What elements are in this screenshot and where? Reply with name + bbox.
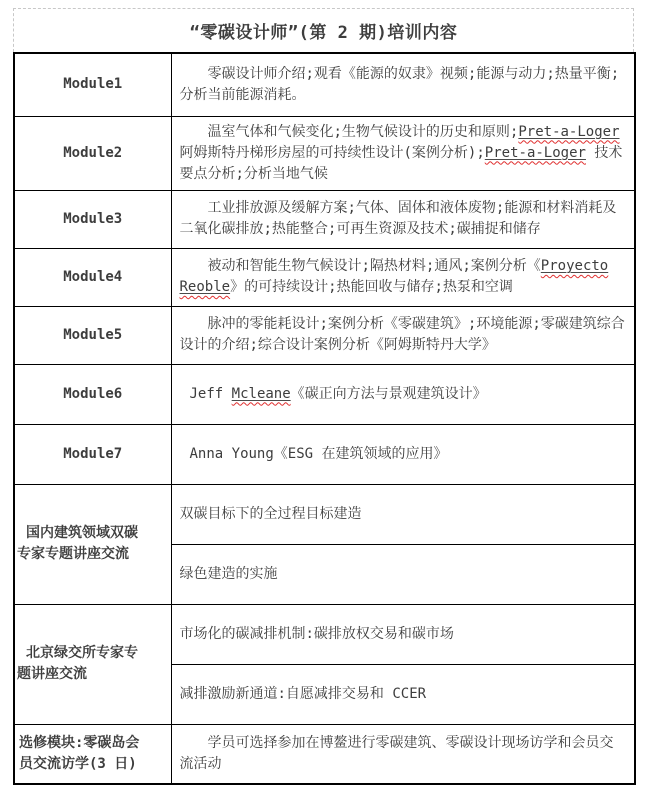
optional-module-label-cell: 选修模块:零碳岛会 员交流访学(3 日) — [14, 724, 171, 784]
module7-content-cell: Anna Young《ESG 在建筑领域的应用》 — [171, 424, 635, 484]
module6-content-cell: Jeff Mcleane《碳正向方法与景观建筑设计》 — [171, 364, 635, 424]
module4-content-cell: 被动和智能生物气候设计;隔热材料;通风;案例分析《Proyecto Reoble… — [171, 248, 635, 306]
table-row: Module1 零碳设计师介绍;观看《能源的奴隶》视频;能源与动力;热量平衡;分… — [14, 53, 635, 116]
module4-label-cell: Module4 — [14, 248, 171, 306]
module6-label-cell: Module6 — [14, 364, 171, 424]
table-row: Module2 温室气体和气候变化;生物气候设计的历史和原则;Pret-a-Lo… — [14, 116, 635, 190]
text-segment: 温室气体和气候变化;生物气候设计的历史和原则; — [208, 124, 519, 140]
lecture-topic-cell: 绿色建造的实施 — [171, 544, 635, 604]
table-row: Module3 工业排放源及缓解方案;气体、固体和液体废物;能源和材料消耗及二氧… — [14, 190, 635, 248]
lecture-topic-cell: 市场化的碳减排机制:碳排放权交易和碳市场 — [171, 604, 635, 664]
text-segment: 《碳正向方法与景观建筑设计》 — [291, 386, 487, 402]
text-segment: 减排激励新通道:自愿减排交易和 CCER — [180, 686, 427, 702]
training-content-table: Module1 零碳设计师介绍;观看《能源的奴隶》视频;能源与动力;热量平衡;分… — [13, 52, 636, 785]
table-row: 选修模块:零碳岛会 员交流访学(3 日) 学员可选择参加在博鳌进行零碳建筑、零碳… — [14, 724, 635, 784]
misspelled-word: Pret-a-Loger — [485, 145, 586, 161]
table-row: Module7 Anna Young《ESG 在建筑领域的应用》 — [14, 424, 635, 484]
table-row: Module6 Jeff Mcleane《碳正向方法与景观建筑设计》 — [14, 364, 635, 424]
text-segment: 》的可持续设计;热能回收与储存;热泵和空调 — [230, 279, 513, 295]
module2-label-cell: Module2 — [14, 116, 171, 190]
lecture-topic-cell: 减排激励新通道:自愿减排交易和 CCER — [171, 664, 635, 724]
text-segment: 学员可选择参加在博鳌进行零碳建筑、零碳设计现场访学和会员交流活动 — [180, 735, 614, 772]
table-row: Module5 脉冲的零能耗设计;案例分析《零碳建筑》;环境能源;零碳建筑综合设… — [14, 306, 635, 364]
text-segment: 双碳目标下的全过程目标建造 — [180, 506, 362, 522]
module1-content-cell: 零碳设计师介绍;观看《能源的奴隶》视频;能源与动力;热量平衡;分析当前能源消耗。 — [171, 53, 635, 116]
table-row: 国内建筑领域双碳 专家专题讲座交流 双碳目标下的全过程目标建造 — [14, 484, 635, 544]
optional-module-content-cell: 学员可选择参加在博鳌进行零碳建筑、零碳设计现场访学和会员交流活动 — [171, 724, 635, 784]
module7-label-cell: Module7 — [14, 424, 171, 484]
module5-content-cell: 脉冲的零能耗设计;案例分析《零碳建筑》;环境能源;零碳建筑综合设计的介绍;综合设… — [171, 306, 635, 364]
training-content-document: “零碳设计师”(第 2 期)培训内容 Module1 零碳设计师介绍;观看《能源… — [13, 8, 634, 785]
text-segment: Anna Young《ESG 在建筑领域的应用》 — [190, 446, 448, 462]
text-segment: Jeff — [190, 386, 232, 402]
table-row: Module4 被动和智能生物气候设计;隔热材料;通风;案例分析《Proyect… — [14, 248, 635, 306]
module1-label-cell: Module1 — [14, 53, 171, 116]
text-segment: 零碳设计师介绍;观看《能源的奴隶》视频;能源与动力;热量平衡;分析当前能源消耗。 — [180, 66, 620, 103]
text-segment: 绿色建造的实施 — [180, 566, 278, 582]
text-segment: 脉冲的零能耗设计;案例分析《零碳建筑》;环境能源;零碳建筑综合设计的介绍;综合设… — [180, 316, 625, 353]
module3-content-cell: 工业排放源及缓解方案;气体、固体和液体废物;能源和材料消耗及二氧化碳排放;热能整… — [171, 190, 635, 248]
text-segment: 阿姆斯特丹梯形房屋的可持续性设计(案例分析); — [180, 145, 485, 161]
module3-label-cell: Module3 — [14, 190, 171, 248]
text-segment: 工业排放源及缓解方案;气体、固体和液体废物;能源和材料消耗及二氧化碳排放;热能整… — [180, 200, 617, 237]
table-title: “零碳设计师”(第 2 期)培训内容 — [13, 8, 634, 52]
text-segment: 市场化的碳减排机制:碳排放权交易和碳市场 — [180, 626, 454, 642]
module2-content-cell: 温室气体和气候变化;生物气候设计的历史和原则;Pret-a-Loger 阿姆斯特… — [171, 116, 635, 190]
table-title-text: “零碳设计师”(第 2 期)培训内容 — [190, 18, 458, 43]
table-row: 北京绿交所专家专 题讲座交流 市场化的碳减排机制:碳排放权交易和碳市场 — [14, 604, 635, 664]
misspelled-word: Mcleane — [232, 386, 291, 402]
text-segment: 被动和智能生物气候设计;隔热材料;通风;案例分析《 — [208, 258, 541, 274]
domestic-lecture-group-label-cell: 国内建筑领域双碳 专家专题讲座交流 — [14, 484, 171, 604]
beijing-lecture-group-label-cell: 北京绿交所专家专 题讲座交流 — [14, 604, 171, 724]
module5-label-cell: Module5 — [14, 306, 171, 364]
misspelled-word: Pret-a-Loger — [518, 124, 619, 140]
lecture-topic-cell: 双碳目标下的全过程目标建造 — [171, 484, 635, 544]
